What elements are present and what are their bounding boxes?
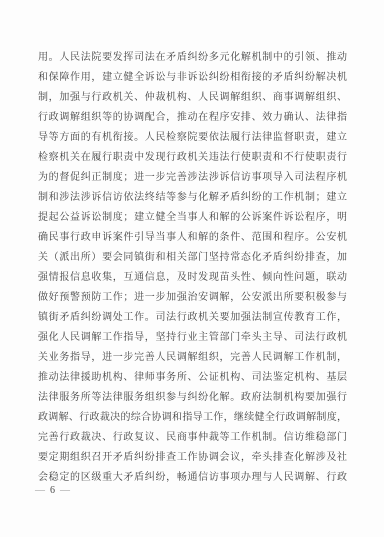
text-line: 导等方面的有机衔接。人民检察院要依法履行法律监督职责，建立	[38, 128, 347, 148]
text-line: 关（派出所）要会同镇街和相关部门坚持常态化矛盾纠纷排查，加	[38, 248, 347, 268]
text-line: 确民事行政申诉案件引导当事人和解的条件、范围和程序。公安机	[38, 228, 347, 248]
text-line: 制，加强与行政机关、仲裁机构、人民调解组织、商事调解组织、	[38, 88, 347, 108]
text-line: 关业务指导，进一步完善人民调解组织，完善人民调解工作机制，	[38, 348, 347, 368]
text-line: 政调解、行政裁决的综合协调和指导工作，继续健全行政调解制度，	[38, 408, 347, 428]
document-page: 用。人民法院要发挥司法在矛盾纠纷多元化解机制中的引领、推动 和保障作用，建立健全…	[0, 0, 384, 537]
text-line: 制和涉法涉诉信访依法终结等参与化解矛盾纠纷的工作机制；建立	[38, 188, 347, 208]
text-line: 用。人民法院要发挥司法在矛盾纠纷多元化解机制中的引领、推动	[38, 48, 347, 68]
text-line: 会稳定的区级重大矛盾纠纷，畅通信访事项办理与人民调解、行政	[38, 468, 347, 488]
text-line: 行政调解组织等的协调配合，推动在程序安排、效力确认、法律指	[38, 108, 347, 128]
text-line: 镇街矛盾纠纷调处工作。司法行政机关要加强法制宣传教育工作，	[38, 308, 347, 328]
page-number-value: 6	[45, 485, 60, 496]
text-line: 为的督促纠正制度；进一步完善涉法涉诉信访事项导入司法程序机	[38, 168, 347, 188]
body-text-block: 用。人民法院要发挥司法在矛盾纠纷多元化解机制中的引领、推动 和保障作用，建立健全…	[38, 48, 347, 488]
text-line: 完善行政裁决、行政复议、民商事仲裁等工作机制。信访维稳部门	[38, 428, 347, 448]
text-line: 检察机关在履行职责中发现行政机关违法行使职责和不行使职责行	[38, 148, 347, 168]
text-line: 做好预警预防工作；进一步加强治安调解，公安派出所要积极参与	[38, 288, 347, 308]
text-line: 推动法律援助机构、律师事务所、公证机构、司法鉴定机构、基层	[38, 368, 347, 388]
page-number: —6—	[35, 484, 70, 498]
text-line: 强化人民调解工作指导，坚持行业主管部门牵头主导、司法行政机	[38, 328, 347, 348]
page-number-dash-left: —	[35, 485, 45, 496]
page-number-dash-right: —	[60, 485, 70, 496]
text-line: 提起公益诉讼制度；建立健全当事人和解的公诉案件诉讼程序，明	[38, 208, 347, 228]
text-line: 法律服务所等法律服务组织参与纠纷化解。政府法制机构要加强行	[38, 388, 347, 408]
text-line: 强情报信息收集，互通信息，及时发现苗头性、倾向性问题，联动	[38, 268, 347, 288]
text-line: 和保障作用，建立健全诉讼与非诉讼纠纷相衔接的矛盾纠纷解决机	[38, 68, 347, 88]
text-line: 要定期组织召开矛盾纠纷排查工作协调会议，牵头排查化解涉及社	[38, 448, 347, 468]
